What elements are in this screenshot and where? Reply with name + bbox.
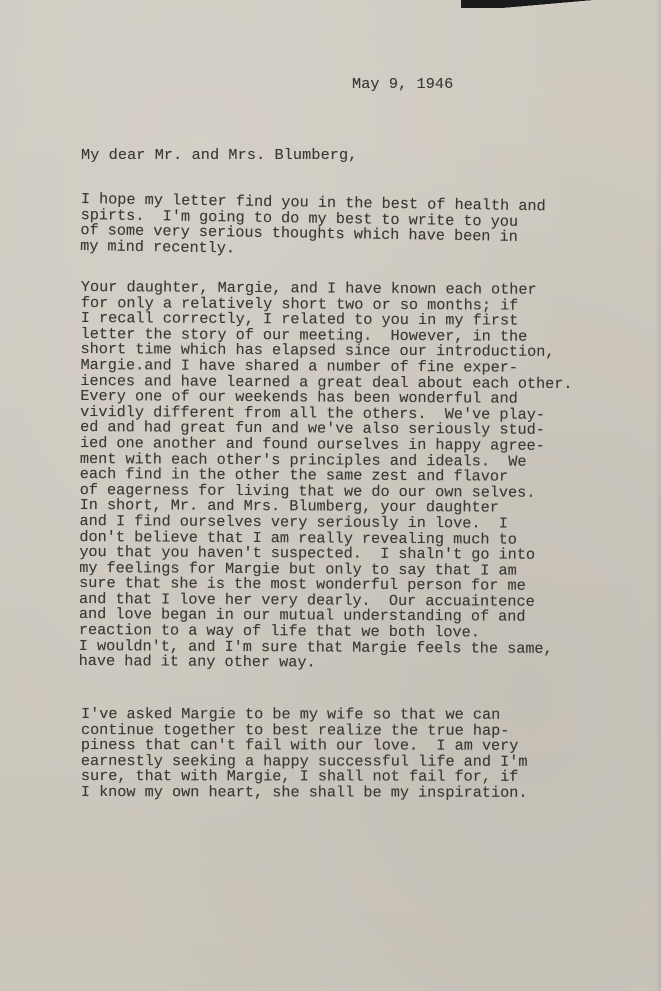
letter-date: May 9, 1946: [352, 77, 453, 93]
letter-page: May 9, 1946 My dear Mr. and Mrs. Blumber…: [0, 0, 661, 991]
paragraph-3: I've asked Margie to be my wife so that …: [81, 707, 528, 801]
paragraph-1: I hope my letter find you in the best of…: [80, 192, 546, 262]
scan-corner-shadow: [461, 0, 661, 8]
paper-right-edge: [655, 0, 661, 991]
letter-salutation: My dear Mr. and Mrs. Blumberg,: [81, 148, 357, 164]
text-line: I know my own heart, she shall be my ins…: [81, 785, 528, 801]
paragraph-2: Your daughter, Margie, and I have known …: [79, 280, 574, 673]
